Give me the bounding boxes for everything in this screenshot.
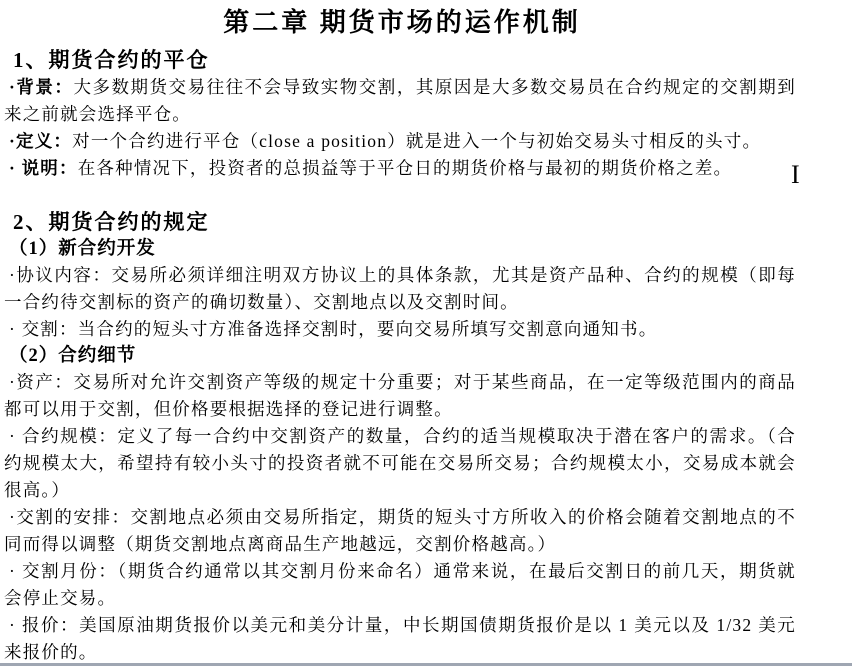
bullet-label: ·背景： xyxy=(9,77,73,97)
subsection-2-heading: （2）合约细节 xyxy=(4,343,800,369)
paragraph-asset: ·资产：交易所对允许交割资产等级的规定十分重要；对于某些商品，在一定等级范围内的… xyxy=(4,369,796,423)
paragraph-quote: · 报价：美国原油期货报价以美元和美分计量，中长期国债期货报价是以 1 美元以及… xyxy=(4,612,796,666)
paragraph-text: 交易所对允许交割资产等级的规定十分重要；对于某些商品，在一定等级范围内的商品都可… xyxy=(4,372,796,419)
section-1-heading: 1、期货合约的平仓 xyxy=(4,46,800,74)
document-title: 第二章 期货市场的运作机制 xyxy=(4,6,800,40)
paragraph-text: （期货合约通常以其交割月份来命名）通常来说，在最后交割日的前几天，期货就会停止交… xyxy=(4,561,796,608)
paragraph-text: 对一个合约进行平仓（close a position）就是进入一个与初始交易头寸… xyxy=(72,131,761,151)
section-2-heading: 2、期货合约的规定 xyxy=(4,208,800,236)
bullet-label: ·协议内容： xyxy=(9,265,111,285)
subsection-1-heading: （1）新合约开发 xyxy=(4,236,800,262)
paragraph-text: 交易所必须详细注明双方协议上的具体条款，尤其是资产品种、合约的规模（即每一合约待… xyxy=(4,265,796,312)
bullet-label: · 合约规模： xyxy=(9,426,118,446)
paragraph-text: 定义了每一合约中交割资产的数量，合约的适当规模取决于潜在客户的需求。（合约规模太… xyxy=(4,426,796,500)
bullet-label: · 交割： xyxy=(9,319,78,339)
paragraph-note: · 说明：在各种情况下，投资者的总损益等于平仓日的期货价格与最初的期货价格之差。 xyxy=(4,155,796,182)
document-page[interactable]: 第二章 期货市场的运作机制 1、期货合约的平仓 ·背景：大多数期货交易往往不会导… xyxy=(0,0,852,666)
paragraph-background: ·背景：大多数期货交易往往不会导致实物交割，其原因是大多数交易员在合约规定的交割… xyxy=(4,74,796,128)
paragraph-text: 大多数期货交易往往不会导致实物交割，其原因是大多数交易员在合约规定的交割期到来之… xyxy=(4,77,796,124)
paragraph-delivery-month: · 交割月份：（期货合约通常以其交割月份来命名）通常来说，在最后交割日的前几天，… xyxy=(4,558,796,612)
paragraph-delivery-arrangement: ·交割的安排：交割地点必须由交易所指定，期货的短头寸方所收入的价格会随着交割地点… xyxy=(4,504,796,558)
bullet-label: · 报价： xyxy=(9,615,79,635)
paragraph-definition: ·定义：对一个合约进行平仓（close a position）就是进入一个与初始… xyxy=(4,128,796,155)
paragraph-text: 在各种情况下，投资者的总损益等于平仓日的期货价格与最初的期货价格之差。 xyxy=(78,158,733,178)
bullet-label: ·资产： xyxy=(9,372,73,392)
paragraph-agreement-content: ·协议内容：交易所必须详细注明双方协议上的具体条款，尤其是资产品种、合约的规模（… xyxy=(4,262,796,316)
bullet-label: · 说明： xyxy=(9,158,78,178)
paragraph-text: 当合约的短头寸方准备选择交割时，要向交易所填写交割意向通知书。 xyxy=(78,319,658,339)
paragraph-delivery: · 交割：当合约的短头寸方准备选择交割时，要向交易所填写交割意向通知书。 xyxy=(4,316,796,343)
paragraph-text: 美国原油期货报价以美元和美分计量，中长期国债期货报价是以 1 美元以及 1/32… xyxy=(4,615,796,662)
paragraph-contract-size: · 合约规模：定义了每一合约中交割资产的数量，合约的适当规模取决于潜在客户的需求… xyxy=(4,423,796,504)
bullet-label: ·交割的安排： xyxy=(9,507,131,527)
bullet-label: · 交割月份： xyxy=(9,561,118,581)
bullet-label: ·定义： xyxy=(9,131,72,151)
